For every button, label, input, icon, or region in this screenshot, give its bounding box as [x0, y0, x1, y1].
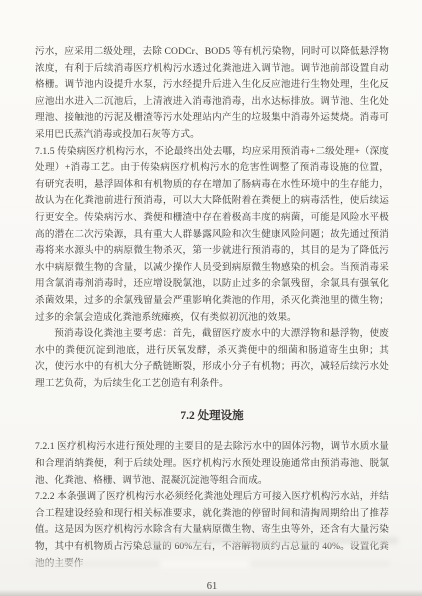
page-text-block: 污水，应采用二级处理，去除 CODCr、BOD5 等有机污染物，同时可以降低悬浮…	[35, 0, 389, 592]
paragraph-7-2-2: 7.2.2 本条强调了医疗机构污水必须经化粪池处理后方可接入医疗机构污水站，并结…	[35, 489, 389, 572]
paragraph-pre-disinfection: 预消毒设化粪池主要考虑：首先，截留医疗废水中的大漂浮物和悬浮物，使废水中的粪便沉…	[35, 326, 389, 392]
paragraph-7-1-5: 7.1.5 传染病医疗机构污水，不论最终出处去哪，均应采用预消毒+二级处理+（深…	[35, 144, 389, 327]
paragraph-intro-continuation: 污水，应采用二级处理，去除 CODCr、BOD5 等有机污染物，同时可以降低悬浮…	[35, 44, 389, 144]
scan-page-edge	[0, 590, 422, 596]
section-heading-7-2: 7.2 处理设施	[35, 408, 389, 425]
scan-artifact-smudge	[148, 537, 398, 544]
scan-artifact-smudge	[30, 561, 390, 567]
paragraph-7-2-1: 7.2.1 医疗机构污水进行预处理的主要目的是去除污水中的固体污物，调节水质水量…	[35, 439, 389, 489]
scanned-page: 污水，应采用二级处理，去除 CODCr、BOD5 等有机污染物，同时可以降低悬浮…	[0, 0, 422, 596]
